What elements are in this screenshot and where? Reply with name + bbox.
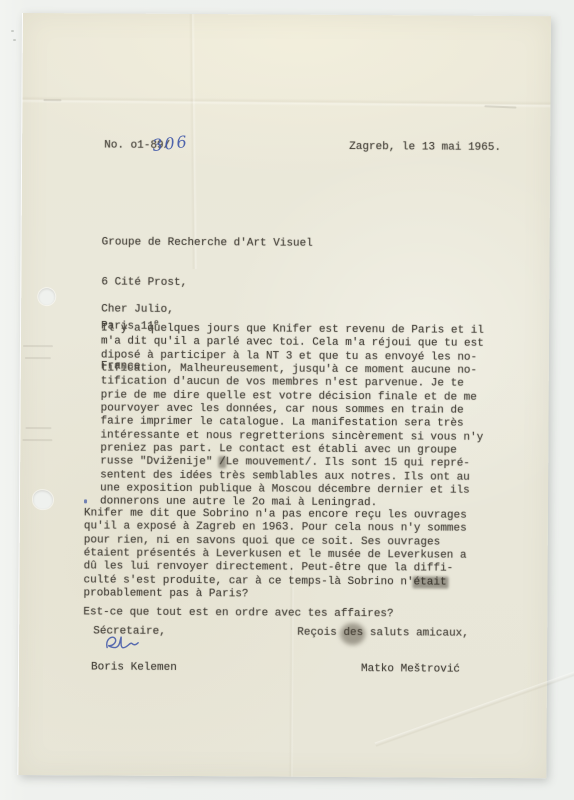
ink-speck: [84, 499, 87, 503]
recipient-org: Groupe de Recherche d'Art Visuel: [102, 236, 313, 251]
reference-number-handwritten: 306: [151, 132, 190, 155]
pencil-mark: [23, 345, 53, 347]
scan-speck: [11, 30, 14, 32]
pencil-mark: [25, 427, 51, 429]
recipient-street: 6 Cité Prost,: [101, 276, 312, 291]
handwritten-signature: [103, 633, 143, 657]
letter-paper: No. o1-89/ 306 Zagreb, le 13 mai 1965. G…: [18, 13, 551, 778]
pencil-mark: [43, 99, 61, 101]
pencil-mark: [25, 357, 51, 359]
salutation: Cher Julio,: [101, 303, 174, 317]
scan-background: No. o1-89/ 306 Zagreb, le 13 mai 1965. G…: [0, 0, 574, 800]
pencil-mark: [22, 439, 52, 441]
dateline: Zagreb, le 13 mai 1965.: [349, 141, 501, 155]
fold-crease-corner: [375, 665, 574, 747]
signoff-name-right: Matko Meštrović: [361, 663, 460, 677]
body-paragraph-2: Knifer me dit que Sobrino n'a pas encore…: [83, 507, 466, 603]
body-question: Est-ce que tout est en ordre avec tes af…: [83, 606, 393, 621]
body-paragraph-1: Il y a quelques jours que Knifer est rev…: [100, 322, 484, 511]
scan-speck: [13, 39, 16, 41]
pencil-mark: [484, 105, 516, 108]
punch-hole: [33, 490, 53, 509]
overtyped-word-smudge: [412, 576, 448, 588]
punch-hole: [38, 288, 55, 305]
signoff-name-left: Boris Kelemen: [91, 661, 177, 675]
signoff-valediction: Reçois des saluts amicaux,: [297, 627, 469, 641]
fold-crease-horizontal: [22, 96, 550, 108]
ink-smudge: [340, 623, 365, 645]
overtyped-slash-smudge: [218, 456, 226, 468]
